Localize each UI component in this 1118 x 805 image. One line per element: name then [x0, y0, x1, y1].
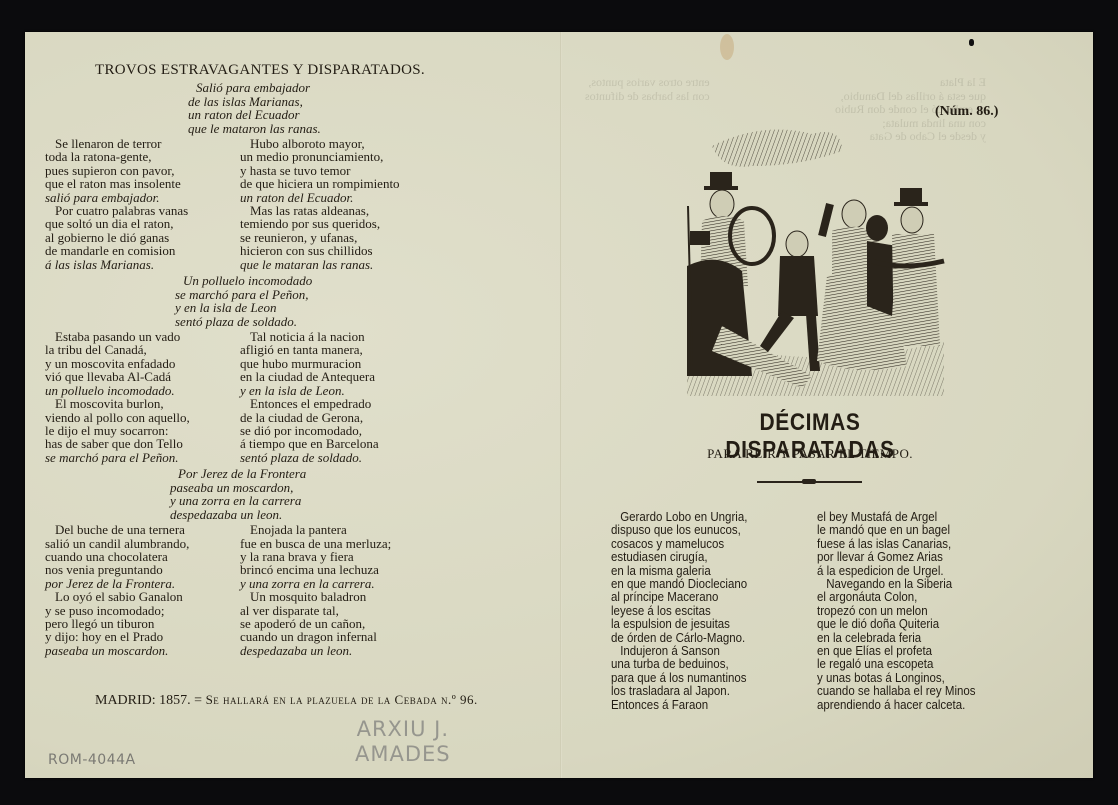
verse-line: la espulsion de jesuitas — [611, 618, 747, 631]
verse-line: y en la isla de Leon — [175, 301, 475, 315]
verse-line: Un mosquito baladron — [240, 590, 470, 603]
stamp-line: ARXIU J. — [355, 717, 451, 742]
verse-line: estudiasen cirugía, — [611, 551, 747, 564]
verse-line: paseaba un moscardon, — [170, 481, 475, 495]
imprint-line: MADRID: 1857. = Se hallará en la plazuel… — [95, 692, 478, 709]
verse-line: al ver disparate tal, — [240, 604, 470, 617]
verse-line: despedazaba un leon. — [170, 508, 475, 522]
verse-line: se dió por incomodado, — [240, 424, 470, 437]
imprint-address: Se hallará en la plazuela de la Cebada n… — [206, 692, 478, 707]
verse-line: Estaba pasando un vado — [45, 330, 253, 343]
verse-line: tropezó con un melon — [817, 605, 976, 618]
verse-line: sentó plaza de soldado. — [175, 315, 475, 329]
decima-column-left: Del buche de una ternera salió un candil… — [45, 523, 253, 657]
verse-line: Gerardo Lobo en Ungria, — [611, 511, 747, 524]
verse-line: Entonces á Faraon — [611, 699, 747, 712]
decima-columns: Estaba pasando un vado la tribu del Cana… — [45, 330, 475, 464]
stanza-quatrain: Salió para embajador de las islas Marian… — [188, 81, 475, 135]
verse-line: de las islas Marianas, — [188, 95, 475, 109]
verse-line: cuando se hallaba el rey Minos — [817, 685, 976, 698]
verse-line: por llevar á Gomez Arias — [817, 551, 976, 564]
verse-line: un polluelo incomodado. — [45, 384, 253, 397]
verse-line: viendo al pollo con aquello, — [45, 411, 253, 424]
verse-line: se apoderó de un cañon, — [240, 617, 470, 630]
verse-line: en la ciudad de Antequera — [240, 370, 470, 383]
verse-line: en que Elías el profeta — [817, 645, 976, 658]
verse-line: Hubo alboroto mayor, — [240, 137, 470, 150]
verse-line: Por cuatro palabras vanas — [45, 204, 253, 217]
center-fold — [560, 32, 562, 778]
verse-line: has de saber que don Tello — [45, 437, 253, 450]
verse-line: por Jerez de la Frontera. — [45, 577, 253, 590]
verse-line: aprendiendo á hacer calceta. — [817, 699, 976, 712]
ornamental-rule — [757, 481, 862, 483]
stanza-quatrain: Por Jerez de la Frontera paseaba un mosc… — [170, 467, 475, 521]
issue-number: (Núm. 86.) — [935, 104, 998, 120]
verse-line: cosacos y mamelucos — [611, 538, 747, 551]
verse-line: Mas las ratas aldeanas, — [240, 204, 470, 217]
verse-line: y una zorra en la carrera — [170, 494, 475, 508]
left-page-title: TROVOS ESTRAVAGANTES Y DISPARATADOS. — [45, 62, 475, 79]
verse-line: despedazaba un leon. — [240, 644, 470, 657]
engraving-illustration — [682, 126, 950, 396]
verse-line: una turba de beduinos, — [611, 658, 747, 671]
verse-line: que hubo murmuracion — [240, 357, 470, 370]
verse-line: y unas botas á Longinos, — [817, 672, 976, 685]
verse-line: los trasladara al Japon. — [611, 685, 747, 698]
shelfmark: ROM-4044A — [48, 752, 136, 768]
verse-line: fuese á las islas Canarias, — [817, 538, 976, 551]
verse-line: y la rana brava y fiera — [240, 550, 470, 563]
stanza-group-3: Por Jerez de la Frontera paseaba un mosc… — [45, 467, 475, 657]
verse-line: leyese á los escitas — [611, 605, 747, 618]
verse-line: vió que llevaba Al-Cadá — [45, 370, 253, 383]
verse-line: se marchó para el Peñon, — [175, 288, 475, 302]
verse-line: le mandó que en un bagel — [817, 524, 976, 537]
verse-line: El moscovita burlon, — [45, 397, 253, 410]
verse-line: Enojada la pantera — [240, 523, 470, 536]
stanza-group-2: Un polluelo incomodado se marchó para el… — [45, 274, 475, 464]
verse-line: que le dió doña Quiteria — [817, 618, 976, 631]
verse-line: Entonces el empedrado — [240, 397, 470, 410]
decima-column-right: Enojada la pantera fue en busca de una m… — [240, 523, 470, 657]
verse-line: un medio pronunciamiento, — [240, 150, 470, 163]
decima-columns: Se llenaron de terror toda la ratona-gen… — [45, 137, 475, 271]
verse-line: que el raton mas insolente — [45, 177, 253, 190]
verse-line: se reunieron, y ufanas, — [240, 231, 470, 244]
verse-line: de que hiciera un rompimiento — [240, 177, 470, 190]
verse-line: el argonáuta Colon, — [817, 591, 976, 604]
verse-line: temiendo por sus queridos, — [240, 217, 470, 230]
verse-line: que soltó un dia el raton, — [45, 217, 253, 230]
verse-line: en que mandó Diocleciano — [611, 578, 747, 591]
verse-line: cuando una chocolatera — [45, 550, 253, 563]
decima-column-left: Se llenaron de terror toda la ratona-gen… — [45, 137, 253, 271]
verse-line: al príncipe Macerano — [611, 591, 747, 604]
stanza-quatrain: Un polluelo incomodado se marchó para el… — [175, 274, 475, 328]
verse-line: sentó plaza de soldado. — [240, 451, 470, 464]
verse-line: Tal noticia á la nacion — [240, 330, 470, 343]
verse-line: y una zorra en la carrera. — [240, 577, 470, 590]
verse-line: salió un candil alumbrando, — [45, 537, 253, 550]
verse-line: pues supieron con pavor, — [45, 164, 253, 177]
ink-spot — [969, 39, 974, 46]
verse-line: en la celebrada feria — [817, 632, 976, 645]
verse-line: salió para embajador. — [45, 191, 253, 204]
bleed-through-text: entre otros varios puntos, con las barba… — [585, 76, 710, 103]
archive-stamp: ARXIU J. AMADES — [355, 717, 451, 767]
decima-columns: Del buche de una ternera salió un candil… — [45, 523, 475, 657]
verse-line: brincó encima una lechuza — [240, 563, 470, 576]
decima-column-left: Estaba pasando un vado la tribu del Cana… — [45, 330, 253, 464]
verse-line: al gobierno le dió ganas — [45, 231, 253, 244]
verse-line: que le mataran las ranas. — [240, 258, 470, 271]
verse-line: y hasta se tuvo temor — [240, 164, 470, 177]
decima-column-right: Hubo alboroto mayor, un medio pronunciam… — [240, 137, 470, 271]
verse-line: el bey Mustafá de Argel — [817, 511, 976, 524]
verse-line: un raton del Ecuador — [188, 108, 475, 122]
verse-line: cuando un dragon infernal — [240, 630, 470, 643]
verse-line: nos venia preguntando — [45, 563, 253, 576]
verse-line: hicieron con sus chillidos — [240, 244, 470, 257]
verse-line: á las islas Marianas. — [45, 258, 253, 271]
verse-line: dispuso que los eunucos, — [611, 524, 747, 537]
verse-line: Por Jerez de la Frontera — [170, 467, 475, 481]
verse-line: Se llenaron de terror — [45, 137, 253, 150]
verse-line: Indujeron á Sanson — [611, 645, 747, 658]
verse-line: se marchó para el Peñon. — [45, 451, 253, 464]
verse-line: pero llegó un tiburon — [45, 617, 253, 630]
verse-line: le regaló una escopeta — [817, 658, 976, 671]
verse-line: Lo oyó el sabio Ganalon — [45, 590, 253, 603]
verse-line: le dijo el muy socarron: — [45, 424, 253, 437]
verse-line: un raton del Ecuador. — [240, 191, 470, 204]
verse-line: y se puso incomodado; — [45, 604, 253, 617]
verse-line: de mandarle en comision — [45, 244, 253, 257]
verse-line: y dijo: hoy en el Prado — [45, 630, 253, 643]
verse-line: la tribu del Canadá, — [45, 343, 253, 356]
paper-stain — [720, 34, 734, 60]
verse-line: y un moscovita enfadado — [45, 357, 253, 370]
decimas-column-right: el bey Mustafá de Argel le mandó que en … — [817, 511, 976, 712]
stanza-group-1: Salió para embajador de las islas Marian… — [45, 81, 475, 271]
verse-line: fue en busca de una merluza; — [240, 537, 470, 550]
verse-line: toda la ratona-gente, — [45, 150, 253, 163]
verse-line: á tiempo que en Barcelona — [240, 437, 470, 450]
verse-line: Salió para embajador — [188, 81, 475, 95]
verse-line: de órden de Cárlo-Magno. — [611, 632, 747, 645]
imprint-place-year: MADRID: 1857. = — [95, 693, 206, 708]
right-page-subtitle: PARA REIR Y PASAR EL TIEMPO. — [690, 446, 930, 462]
verse-line: que le mataron las ranas. — [188, 122, 475, 136]
verse-line: á la espedicion de Urgel. — [817, 565, 976, 578]
stamp-line: AMADES — [355, 742, 451, 767]
decimas-column-left: Gerardo Lobo en Ungria, dispuso que los … — [611, 511, 747, 712]
verse-line: Del buche de una ternera — [45, 523, 253, 536]
verse-line: de la ciudad de Gerona, — [240, 411, 470, 424]
left-page: TROVOS ESTRAVAGANTES Y DISPARATADOS. Sal… — [45, 62, 475, 657]
verse-line: para que á los numantinos — [611, 672, 747, 685]
verse-line: paseaba un moscardon. — [45, 644, 253, 657]
verse-line: afligió en tanta manera, — [240, 343, 470, 356]
verse-line: y en la isla de Leon. — [240, 384, 470, 397]
verse-line: Navegando en la Siberia — [817, 578, 976, 591]
decima-column-right: Tal noticia á la nacion afligió en tanta… — [240, 330, 470, 464]
verse-line: en la misma galeria — [611, 565, 747, 578]
verse-line: Un polluelo incomodado — [175, 274, 475, 288]
